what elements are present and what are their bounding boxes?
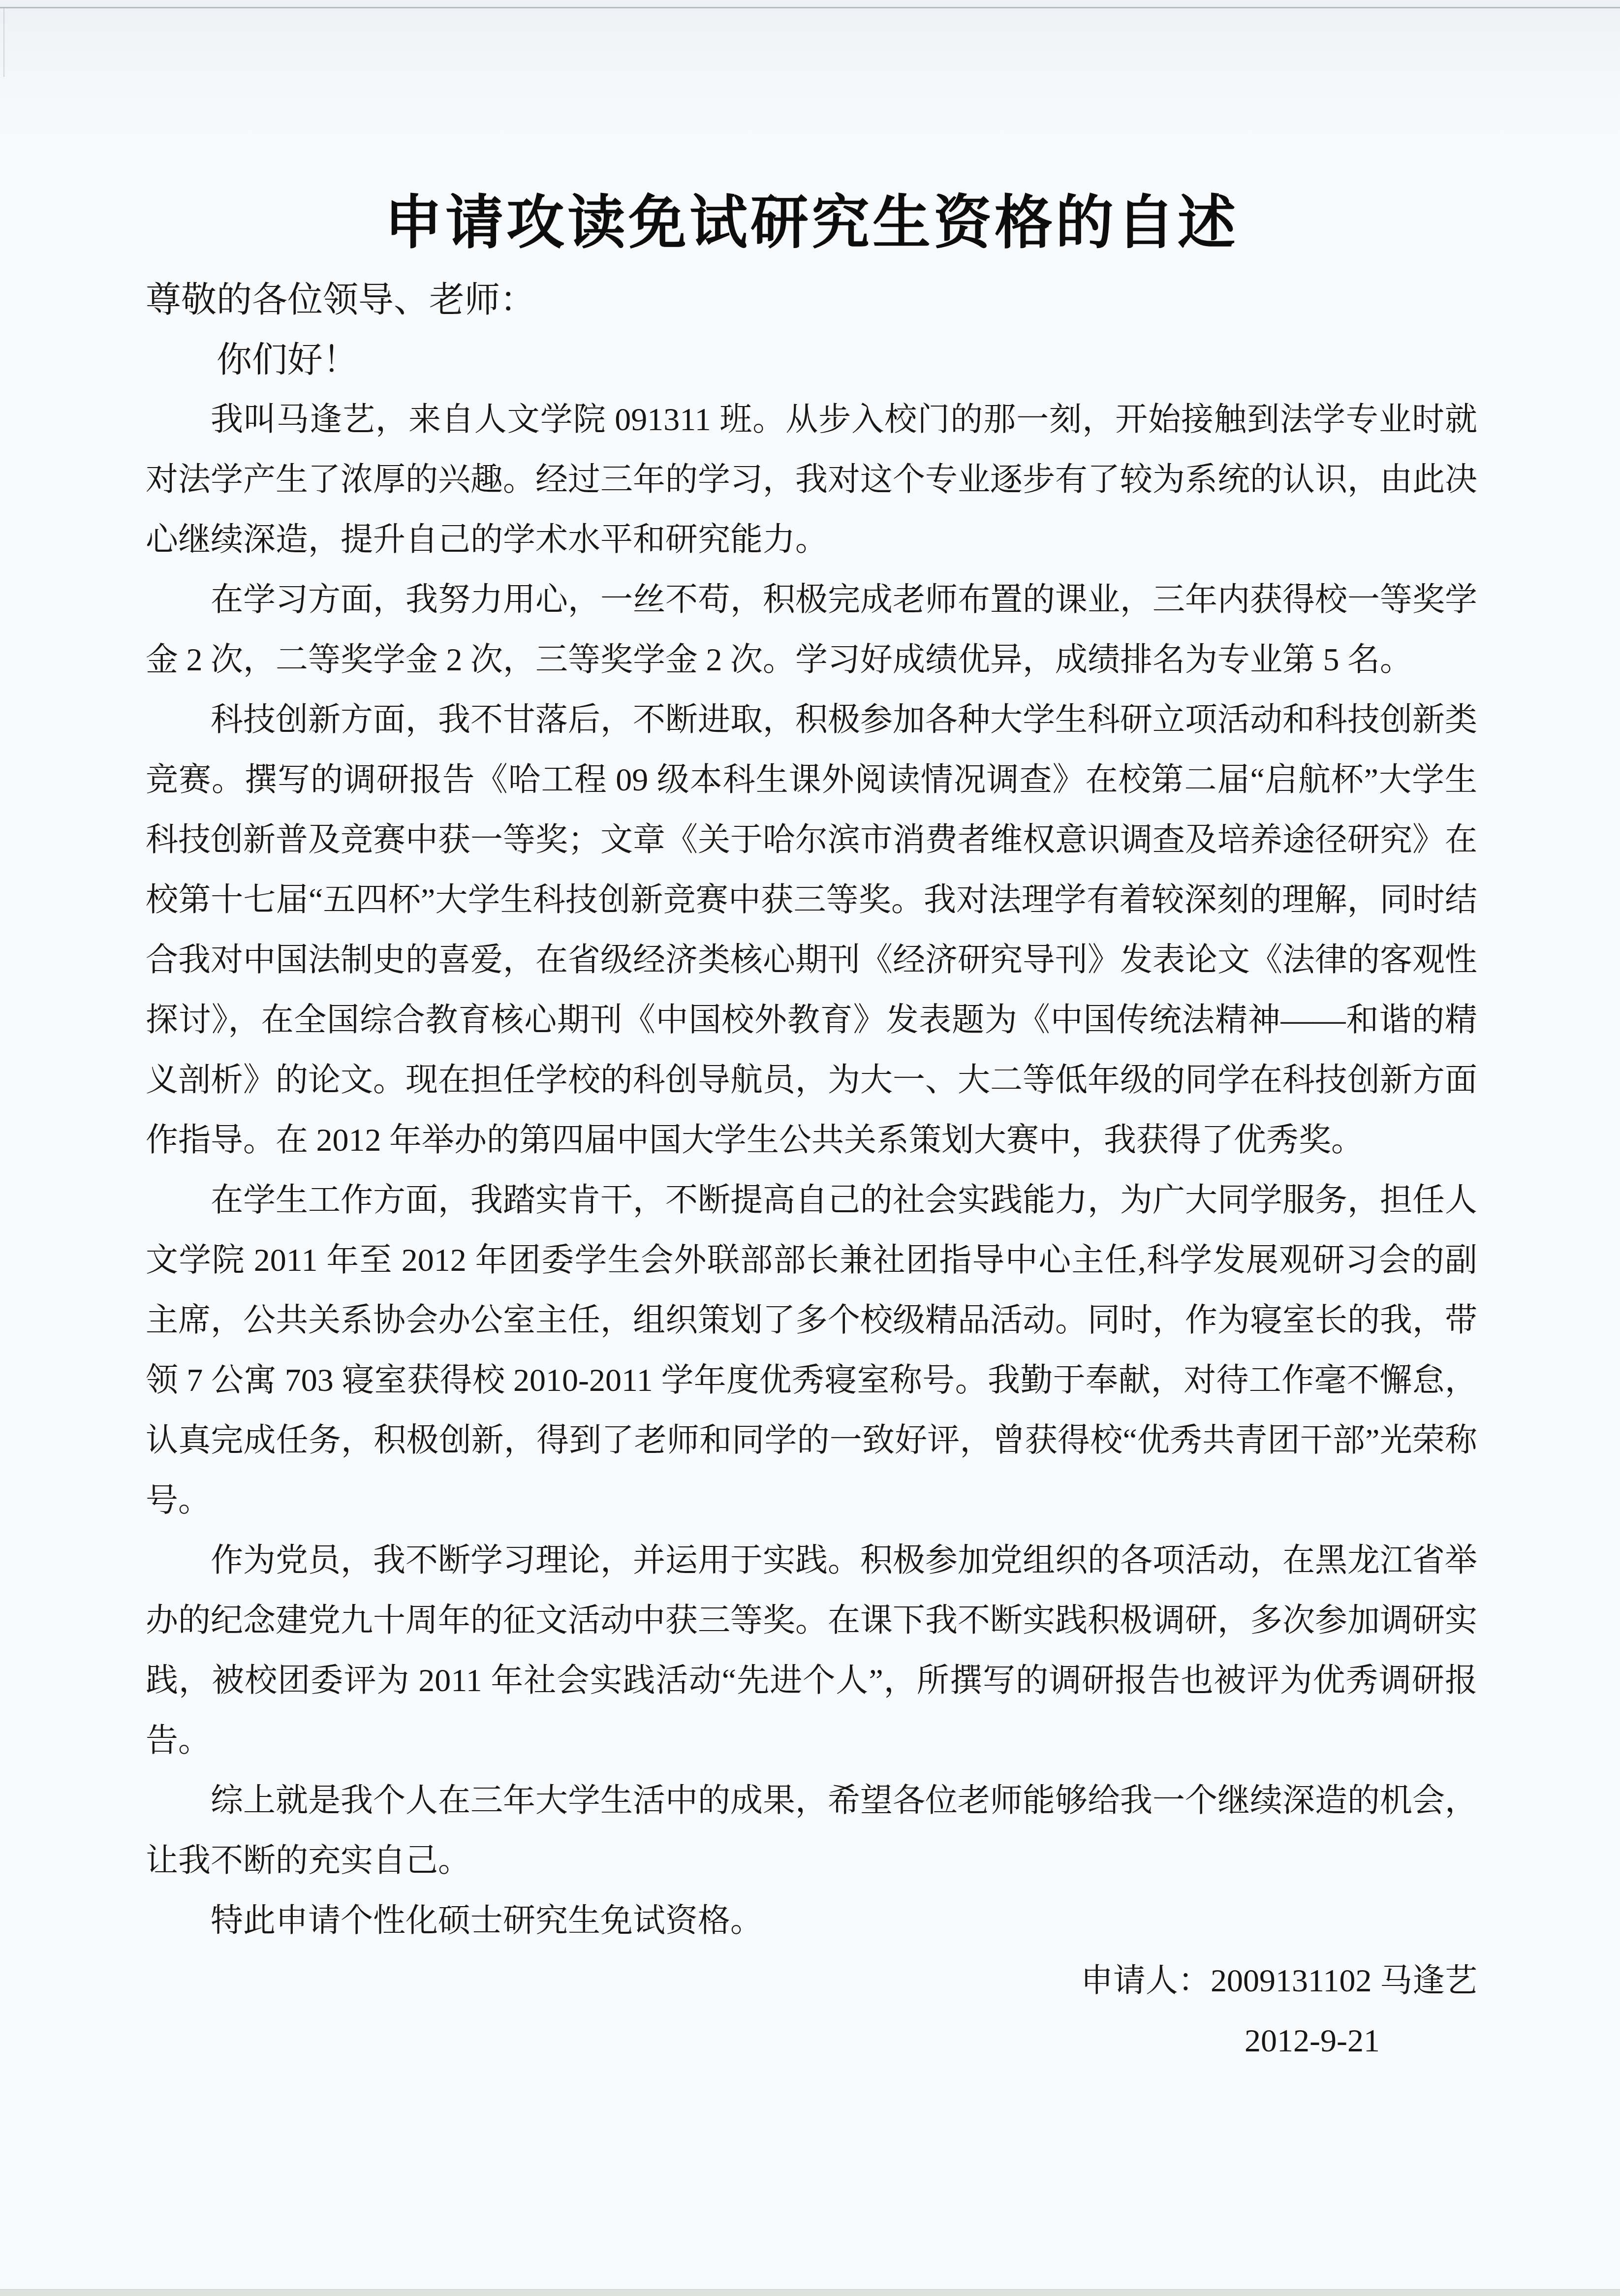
- document-paragraph-student-work: 在学生工作方面，我踏实肯干，不断提高自己的社会实践能力，为广大同学服务，担任人文…: [146, 1170, 1477, 1531]
- scanned-document-page: { "document": { "title": "申请攻读免试研究生资格的自述…: [0, 0, 1620, 2296]
- salutation-line: 尊敬的各位领导、老师：: [146, 270, 1477, 330]
- signature-date-line: 2012-9-21: [146, 2011, 1477, 2071]
- document-paragraph-party-member: 作为党员，我不断学习理论，并运用于实践。积极参加党组织的各项活动，在黑龙江省举办…: [146, 1531, 1477, 1771]
- scan-edge-strip-bottom: [0, 2289, 1620, 2296]
- document-title: 申请攻读免试研究生资格的自述: [146, 186, 1477, 260]
- document-paragraph-study: 在学习方面，我努力用心，一丝不苟，积极完成老师布置的课业，三年内获得校一等奖学金…: [146, 570, 1477, 690]
- signature-applicant-line: 申请人：2009131102 马逢艺: [146, 1951, 1477, 2011]
- greeting-line: 你们好！: [146, 330, 1477, 390]
- document-paragraph-intro: 我叫马逢艺，来自人文学院 091311 班。从步入校门的那一刻，开始接触到法学专…: [146, 390, 1477, 570]
- document-paragraph-sci-innovation: 科技创新方面，我不甘落后，不断进取，积极参加各种大学生科研立项活动和科技创新类竞…: [146, 690, 1477, 1170]
- document-paragraph-request: 特此申请个性化硕士研究生免试资格。: [146, 1891, 1477, 1951]
- document-body: 申请攻读免试研究生资格的自述 尊敬的各位领导、老师： 你们好！ 我叫马逢艺，来自…: [0, 0, 1620, 2071]
- document-paragraph-summary: 综上就是我个人在三年大学生活中的成果，希望各位老师能够给我一个继续深造的机会，让…: [146, 1771, 1477, 1891]
